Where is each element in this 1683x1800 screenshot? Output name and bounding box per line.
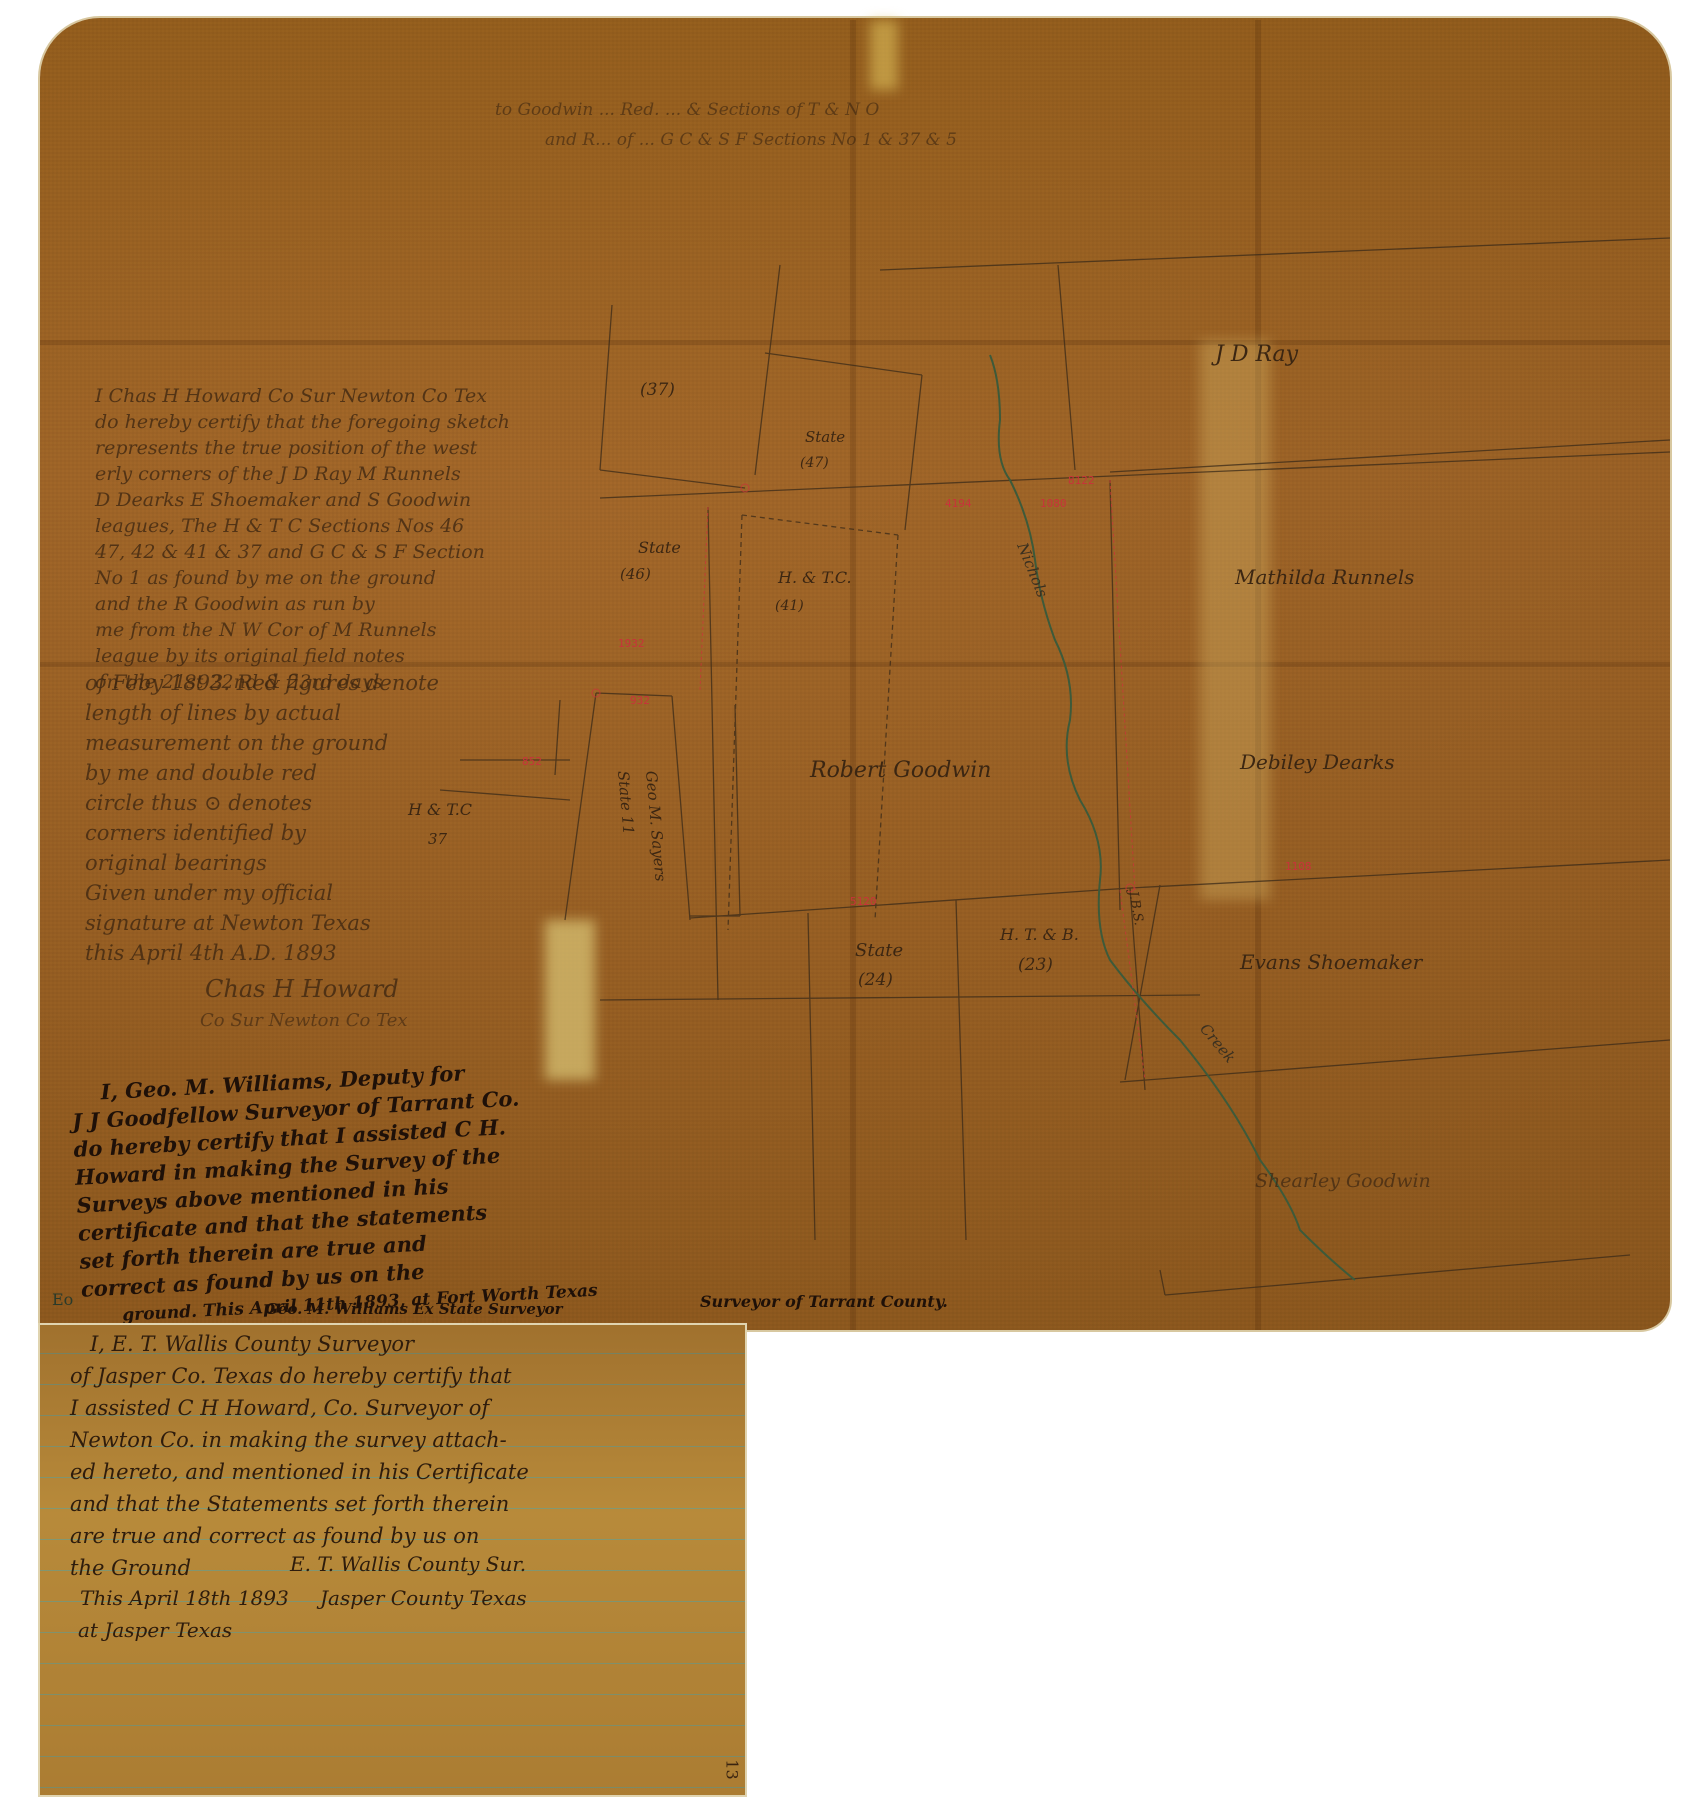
header-note-line-1: to Goodwin ... Red. ... & Sections of T … [495,100,879,120]
tract-label-state-24: State [855,940,903,961]
cert-line: original bearings [85,848,439,878]
cert-line: corners identified by [85,818,439,848]
tract-label-mathilda-runnels: Mathilda Runnels [1235,565,1414,589]
header-note-line-2: and R... of ... G C & S F Sections No 1 … [545,130,957,150]
certificate-howard-title: Co Sur Newton Co Tex [200,1010,408,1031]
creek-line [990,355,1355,1280]
cert-line: erly corners of the J D Ray M Runnels [95,461,510,487]
measurement-figure: 932 [630,694,650,707]
archive-mark-left: Eo [52,1290,73,1309]
measurement-figure: 852 [522,755,542,768]
certificate-howard-signature: Chas H Howard [205,975,399,1003]
tract-label-evans-shoemaker: Evans Shoemaker [1240,950,1422,974]
tract-number-state-47: (47) [800,455,829,471]
cert-line: are true and correct as found by us on [70,1520,529,1552]
certificate-williams-suffix: Surveyor of Tarrant County. [700,1292,948,1311]
certificate-williams-signature: Geo. M. Williams Ex State Surveyor [265,1300,563,1318]
cert-line: me from the N W Cor of M Runnels [95,617,510,643]
cert-line: do hereby certify that the foregoing ske… [95,409,510,435]
measurement-figure: 5120 [850,895,877,908]
tract-label-robert-goodwin: Robert Goodwin [810,758,991,783]
cert-line: length of lines by actual [85,698,439,728]
certificate-wallis-title: Jasper County Texas [320,1586,527,1610]
cert-line: 47, 42 & 41 & 37 and G C & S F Section [95,539,510,565]
cert-line: No 1 as found by me on the ground [95,565,510,591]
tract-label-dabley-dearks: Debiley Dearks [1240,750,1395,774]
cert-line: of Feby 1893. Red figures denote [85,668,439,698]
cert-line: I Chas H Howard Co Sur Newton Co Tex [95,383,510,409]
measurement-figure: 8122 [1068,474,1095,487]
tract-label-htc-41: H. & T.C. [778,568,852,587]
tract-number-state-24: (24) [858,970,893,990]
certificate-wallis-signature: E. T. Wallis County Sur. [290,1552,526,1576]
measurement-figure: 1108 [1285,860,1312,873]
cert-line: league by its original field notes [95,643,510,669]
measurement-figure: 4194 [945,497,972,510]
cert-line: by me and double red [85,758,439,788]
cert-line: Newton Co. in making the survey attach- [70,1424,529,1456]
tract-number-state-46: (46) [620,565,651,583]
cert-line: ed hereto, and mentioned in his Certific… [70,1456,529,1488]
cert-line: and the R Goodwin as run by [95,591,510,617]
tract-number-htb-23: (23) [1018,955,1053,975]
cert-line: D Dearks E Shoemaker and S Goodwin [95,487,510,513]
cert-line: of Jasper Co. Texas do hereby certify th… [70,1360,529,1392]
cert-line: leagues, The H & T C Sections Nos 46 [95,513,510,539]
tract-label-htb-23: H. T. & B. [1000,925,1079,944]
cert-line: signature at Newton Texas [85,908,439,938]
tract-label-shearley-goodwin: Shearley Goodwin [1255,1170,1431,1192]
certificate-williams: I, Geo. M. Williams, Deputy for J J Good… [70,1053,598,1332]
certificate-howard-cont: of Feby 1893. Red figures denote length … [85,668,439,968]
certificate-howard: I Chas H Howard Co Sur Newton Co Tex do … [95,383,510,695]
certificate-wallis-place: at Jasper Texas [78,1618,232,1642]
measurement-figure: 1080 [1040,497,1067,510]
cert-line: and that the Statements set forth therei… [70,1488,529,1520]
tract-label-state-46: State [638,538,681,557]
certificate-wallis: I, E. T. Wallis County Surveyor of Jaspe… [70,1328,529,1584]
archive-mark-bottom: 13 [723,1759,742,1779]
certificate-wallis-date: This April 18th 1893 [80,1586,289,1610]
measurement-figure: 1932 [618,637,645,650]
cert-line: this April 4th A.D. 1893 [85,938,439,968]
tract-label-state-47: State [805,428,845,446]
tract-label-jd-ray: J D Ray [1215,342,1298,367]
cert-line: Given under my official [85,878,439,908]
tract-number-htc-41: (41) [775,598,804,614]
tract-number-37: (37) [640,380,675,400]
cert-line: represents the true position of the west [95,435,510,461]
cert-line: I, E. T. Wallis County Surveyor [70,1328,529,1360]
cert-line: measurement on the ground [85,728,439,758]
cert-line: I assisted C H Howard, Co. Surveyor of [70,1392,529,1424]
cert-line: circle thus ⊙ denotes [85,788,439,818]
